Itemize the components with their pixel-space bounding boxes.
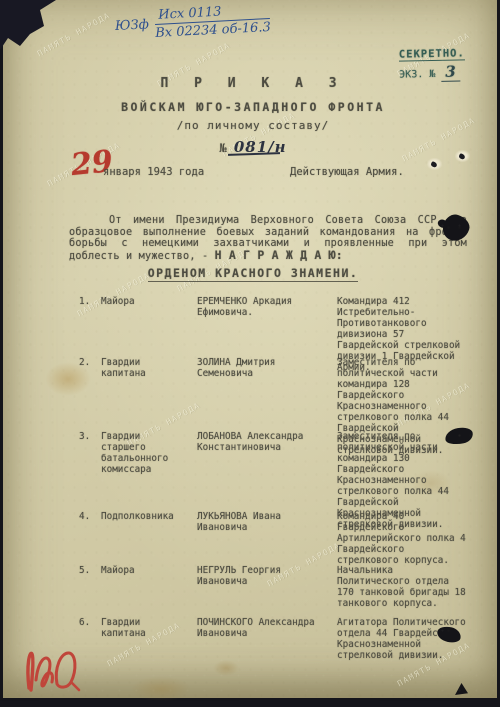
award-section-title: ОРДЕНОМ КРАСНОГО ЗНАМЕНИ.	[3, 266, 500, 280]
entry-number: 5.	[79, 565, 101, 609]
army-note: Действующая Армия.	[290, 166, 404, 178]
paper-stain	[213, 660, 239, 676]
secrecy-label: СЕКРЕТНО.	[399, 47, 465, 61]
front-code: ЮЗф	[115, 17, 150, 34]
entry-rank: Майора	[101, 565, 183, 609]
award-section-title-text: ОРДЕНОМ КРАСНОГО ЗНАМЕНИ.	[148, 266, 359, 282]
entry-rank: Подполковника	[101, 511, 183, 566]
entry-name: НЕГРУЛЬ Георгия Ивановича	[197, 565, 331, 609]
entry-rank: Гвардии капитана	[101, 617, 183, 661]
entry-description: Командира 40 Гвардейского Артиллерийског…	[337, 511, 471, 566]
watermark: ПАМЯТЬ НАРОДА	[36, 11, 112, 59]
date-text: января 1943 года	[103, 166, 204, 178]
personnel-note: /по личному составу/	[3, 119, 500, 132]
entry-number: 4.	[79, 511, 101, 566]
award-entry: 6. Гвардии капитана ПОЧИНСКОГО Александр…	[79, 617, 471, 661]
ink-blot	[455, 683, 468, 695]
registration-annotation: ЮЗфИсх 0113Вх 02234 об-16.3	[114, 2, 271, 43]
order-subtitle: ВОЙСКАМ ЮГО-ЗАПАДНОГО ФРОНТА	[3, 100, 500, 114]
award-verb: Н А Г Р А Ж Д А Ю:	[215, 248, 343, 262]
entry-name: ПОЧИНСКОГО Александра Ивановича	[197, 617, 331, 661]
preamble: От имени Президиума Верховного Совета Со…	[69, 215, 467, 262]
red-pencil-mark	[19, 640, 97, 698]
registration-numbers: Исх 0113Вх 02234 об-16.3	[154, 2, 271, 41]
punch-hole	[455, 150, 470, 162]
entry-name: ЛУКЬЯНОВА Ивана Ивановича	[197, 511, 331, 566]
award-entry: 4. Подполковника ЛУКЬЯНОВА Ивана Иванови…	[79, 511, 471, 566]
award-entry: 5. Майора НЕГРУЛЬ Георгия Ивановича Нача…	[79, 565, 471, 609]
paper-stain	[131, 676, 191, 702]
order-title: П Р И К А З	[3, 76, 500, 91]
number-sign: №	[219, 141, 226, 155]
entry-description: Начальника Политического отдела 170 танк…	[337, 565, 471, 609]
document-page: ПАМЯТЬ НАРОДА ПАМЯТЬ НАРОДА ПАМЯТЬ НАРОД…	[3, 0, 497, 698]
punch-hole	[427, 158, 442, 170]
